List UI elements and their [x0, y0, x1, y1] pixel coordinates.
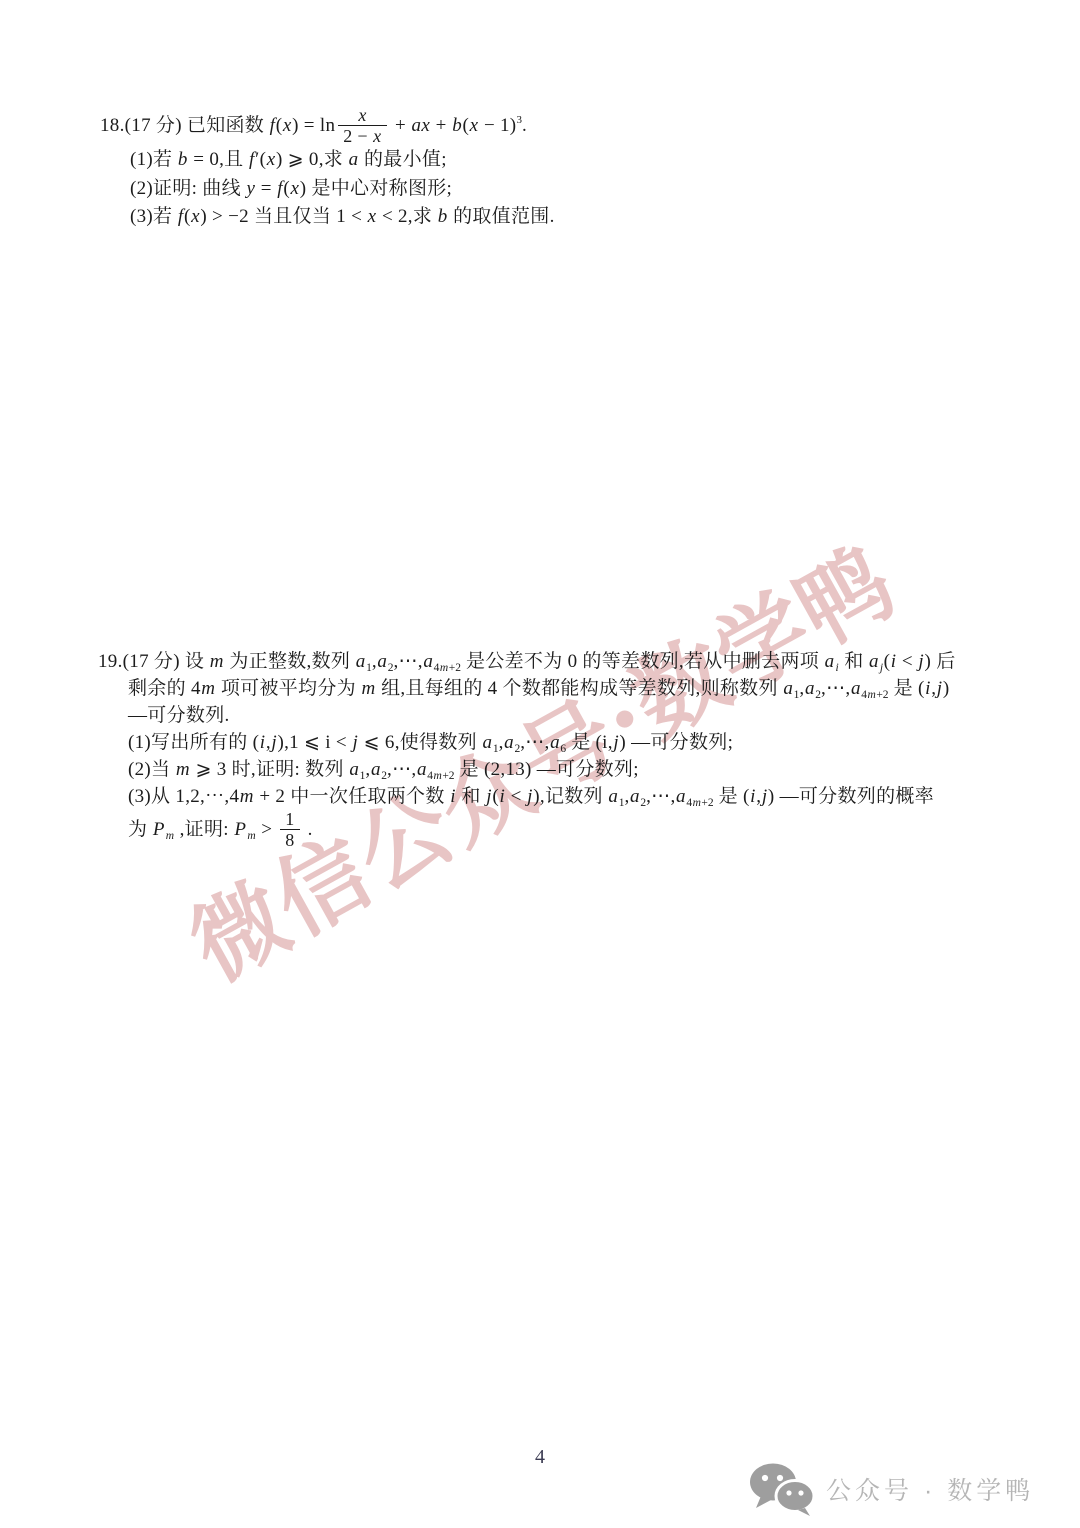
q18-part-3: (3)若 f(x) > −2 当且仅当 1 < x < 2,求 b 的取值范围.	[130, 203, 555, 232]
q18-stem: 18.(17 分) 已知函数 f(x) = lnx2 − x + ax + b(…	[100, 106, 555, 146]
q19-part-3-continued: 为 Pm ,证明: Pm > 18 .	[128, 810, 956, 837]
q19-part-3: (3)从 1,2,⋯,4m + 2 中一次任取两个数 i 和 j(i < j),…	[128, 783, 956, 810]
q19-stem-line-3: —可分数列.	[128, 702, 956, 729]
footer-brand: 公众号 · 数学鸭	[748, 1462, 1034, 1516]
q19-part-1: (1)写出所有的 (i,j),1 ⩽ i < j ⩽ 6,使得数列 a1,a2,…	[128, 729, 956, 756]
exam-page: 微信公众号·数学鸭 18.(17 分) 已知函数 f(x) = lnx2 − x…	[0, 0, 1080, 1528]
wechat-icon	[748, 1462, 816, 1516]
q19-part-2: (2)当 m ⩾ 3 时,证明: 数列 a1,a2,⋯,a4m+2 是 (2,1…	[128, 756, 956, 783]
q19-stem-line-1: 19.(17 分) 设 m 为正整数,数列 a1,a2,⋯,a4m+2 是公差不…	[98, 648, 956, 675]
footer-brand-text: 公众号 · 数学鸭	[826, 1471, 1034, 1507]
question-19: 19.(17 分) 设 m 为正整数,数列 a1,a2,⋯,a4m+2 是公差不…	[98, 648, 956, 837]
q18-part-1: (1)若 b = 0,且 f′(x) ⩾ 0,求 a 的最小值;	[130, 146, 555, 175]
q18-part-2: (2)证明: 曲线 y = f(x) 是中心对称图形;	[130, 175, 555, 204]
q19-stem-line-2: 剩余的 4m 项可被平均分为 m 组,且每组的 4 个数都能构成等差数列,则称数…	[128, 675, 956, 702]
question-18: 18.(17 分) 已知函数 f(x) = lnx2 − x + ax + b(…	[100, 106, 555, 232]
